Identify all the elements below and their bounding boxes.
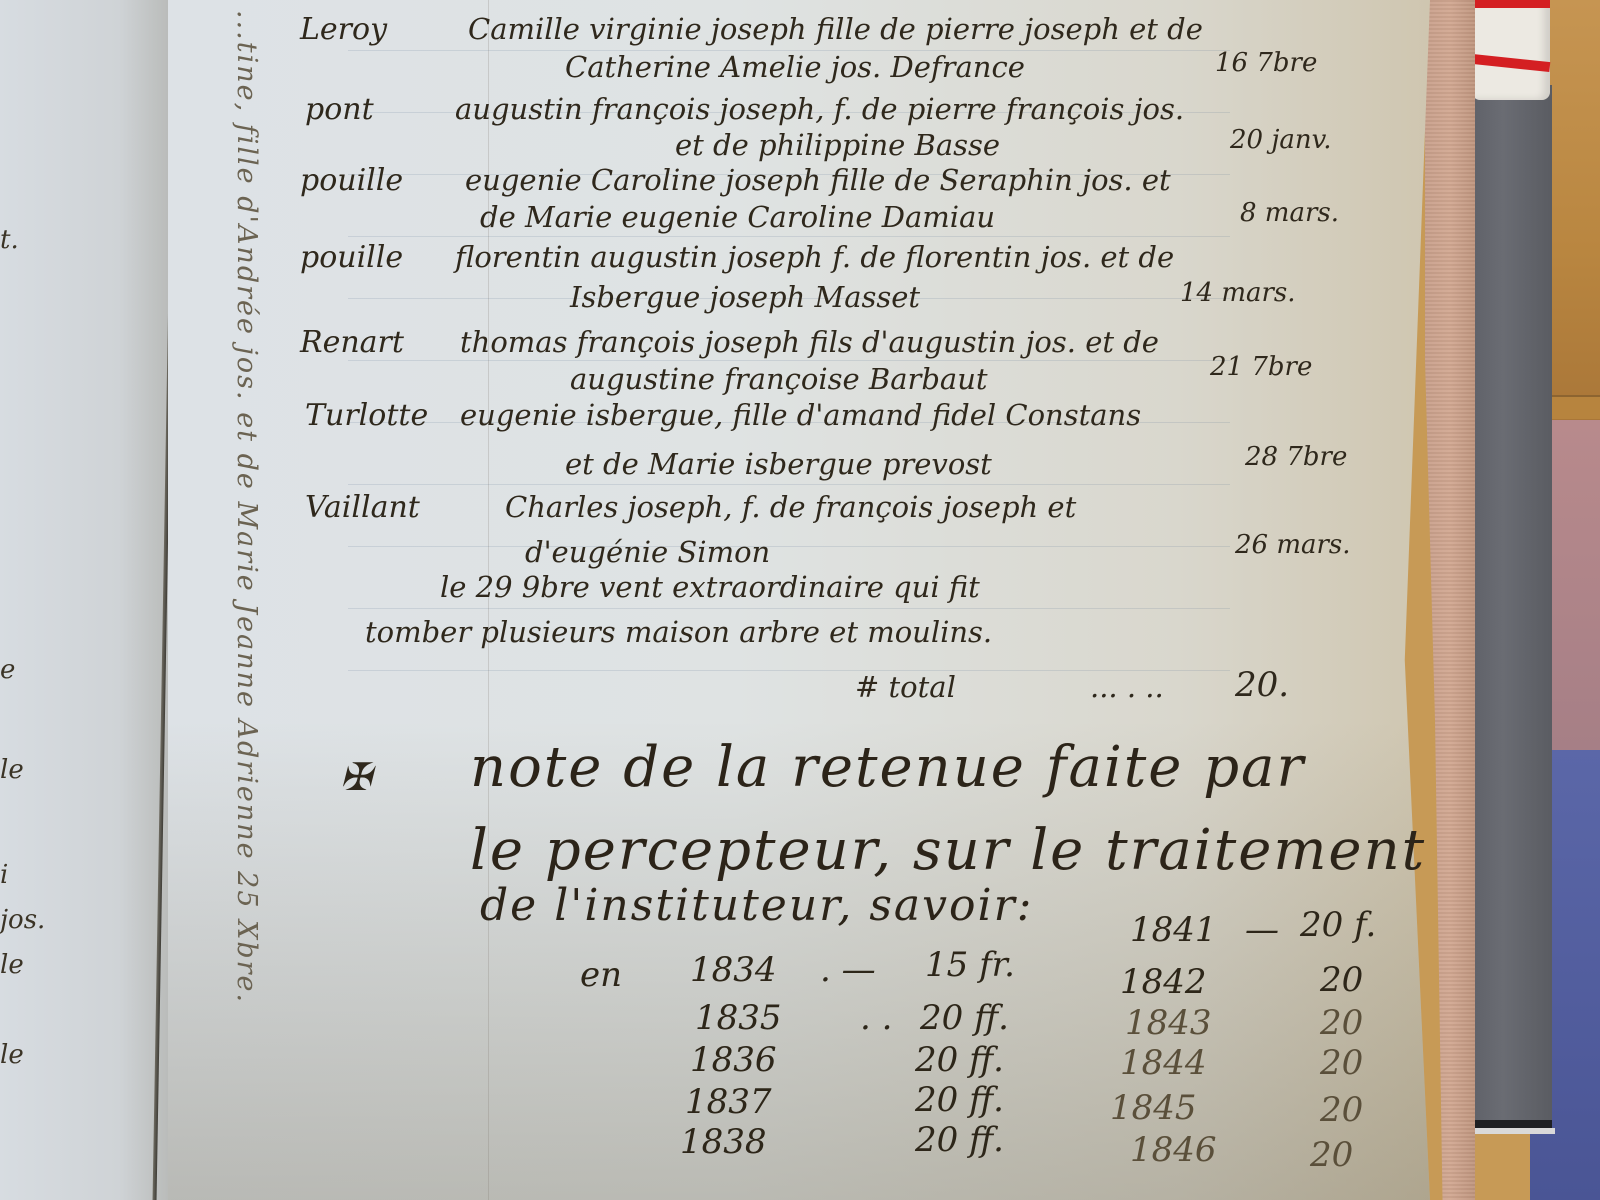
entry-surname: Renart: [300, 325, 404, 360]
retenue-note-line-2: le percepteur, sur le traitement: [470, 818, 1426, 883]
ruled-line: [348, 484, 1230, 485]
table-amount: 20: [1310, 1135, 1353, 1175]
table-prefix: en: [580, 955, 622, 995]
left-page-fragment: jos.: [0, 905, 45, 935]
table-year: 1834: [690, 950, 777, 990]
table-amount: 20 ff.: [920, 998, 1009, 1038]
table-amount: 20: [1320, 1090, 1363, 1130]
entry-date: 20 janv.: [1230, 125, 1332, 155]
table-year: 1843: [1125, 1003, 1212, 1043]
table-amount: 20: [1320, 960, 1363, 1000]
entry-line-1: augustin françois joseph, f. de pierre f…: [455, 92, 1184, 126]
left-page-fragment: le: [0, 755, 24, 785]
event-note-line-2: tomber plusieurs maison arbre et moulins…: [365, 615, 992, 649]
entry-line-2: de Marie eugenie Caroline Damiau: [480, 200, 995, 234]
ribbon-red-stripe: [1472, 0, 1550, 8]
entry-line-2: Catherine Amelie jos. Defrance: [565, 50, 1025, 84]
entry-date: 16 7bre: [1215, 48, 1317, 78]
retenue-note-line-3: de l'instituteur, savoir:: [480, 880, 1033, 931]
table-year: 1836: [690, 1040, 777, 1080]
ruled-line: [348, 546, 1230, 547]
entry-date: 28 7bre: [1245, 442, 1347, 472]
table-year: 1842: [1120, 962, 1207, 1002]
entry-surname: pont: [305, 92, 374, 127]
left-page-fragment: le: [0, 950, 24, 980]
entry-line-1: eugenie isbergue, fille d'amand fidel Co…: [460, 398, 1141, 432]
entry-line-2: augustine françoise Barbaut: [570, 362, 988, 396]
total-value: 20.: [1235, 665, 1289, 705]
event-note-line-1: le 29 9bre vent extraordinaire qui fit: [440, 570, 980, 604]
table-year: 1837: [685, 1082, 772, 1122]
entry-line-2: et de philippine Basse: [675, 128, 1000, 162]
entry-surname: pouille: [300, 240, 403, 275]
entry-line-2: Isbergue joseph Masset: [570, 280, 920, 314]
retenue-note-line-1: note de la retenue faite par: [470, 735, 1305, 800]
entry-date: 26 mars.: [1235, 530, 1351, 560]
entry-date: 8 mars.: [1240, 198, 1339, 228]
table-year: 1838: [680, 1122, 767, 1162]
entry-line-1: Charles joseph, f. de françois joseph et: [505, 490, 1076, 524]
vertical-margin-note: ...tine, fille d'Andrée jos. et de Marie…: [231, 10, 262, 1004]
ruled-line: [348, 236, 1230, 237]
total-dots: ... . ..: [1090, 670, 1164, 704]
entry-line-1: Camille virginie joseph fille de pierre …: [468, 12, 1203, 46]
table-year: 1841: [1130, 910, 1217, 950]
table-amount: 20: [1320, 1003, 1363, 1043]
table-year: 1845: [1110, 1088, 1197, 1128]
entry-surname: Leroy: [300, 12, 387, 47]
left-page-fragment: le: [0, 1040, 24, 1070]
ribbon-red-stripe: [1472, 54, 1551, 72]
entry-date: 14 mars.: [1180, 278, 1296, 308]
table-year: 1846: [1130, 1130, 1217, 1170]
entry-surname: pouille: [300, 163, 403, 198]
entry-line-1: florentin augustin joseph f. de florenti…: [455, 240, 1174, 274]
entry-line-2: d'eugénie Simon: [525, 535, 770, 569]
table-amount: 20 ff.: [915, 1080, 1004, 1120]
table-amount: 20 ff.: [915, 1120, 1004, 1160]
entry-line-1: eugenie Caroline joseph fille de Seraphi…: [465, 163, 1171, 197]
entry-line-2: et de Marie isbergue prevost: [565, 447, 992, 481]
linen-binding-edge: [1425, 0, 1475, 1200]
table-amount: 20: [1320, 1043, 1363, 1083]
ruled-line: [348, 608, 1230, 609]
entry-date: 21 7bre: [1210, 352, 1312, 382]
ruled-line: [348, 360, 1230, 361]
entry-surname: Turlotte: [305, 398, 428, 433]
table-amount: 15 fr.: [925, 945, 1015, 985]
photo-scene: t. e le i jos. le le ...tine, fille d'An…: [0, 0, 1600, 1200]
table-year: 1835: [695, 998, 782, 1038]
table-amount: 20 f.: [1300, 905, 1376, 945]
cross-mark-icon: ✠: [340, 755, 372, 799]
left-page-fragment: e: [0, 655, 15, 685]
left-page-fragment: i: [0, 860, 8, 890]
entry-line-1: thomas françois joseph fils d'augustin j…: [460, 325, 1159, 359]
ribbon-tie: [1472, 0, 1550, 100]
table-amount: 20 ff.: [915, 1040, 1004, 1080]
table-separator: —: [1245, 910, 1279, 950]
left-page-fragment: t.: [0, 225, 19, 255]
total-label: # total: [855, 670, 956, 704]
table-separator: . .: [860, 998, 892, 1038]
book-cover-spine: [1470, 85, 1552, 1128]
table-separator: . —: [820, 950, 876, 990]
book-cover-foot: [1475, 1128, 1555, 1134]
table-year: 1844: [1120, 1043, 1207, 1083]
left-page: t. e le i jos. le le: [0, 0, 170, 1200]
entry-surname: Vaillant: [305, 490, 420, 525]
